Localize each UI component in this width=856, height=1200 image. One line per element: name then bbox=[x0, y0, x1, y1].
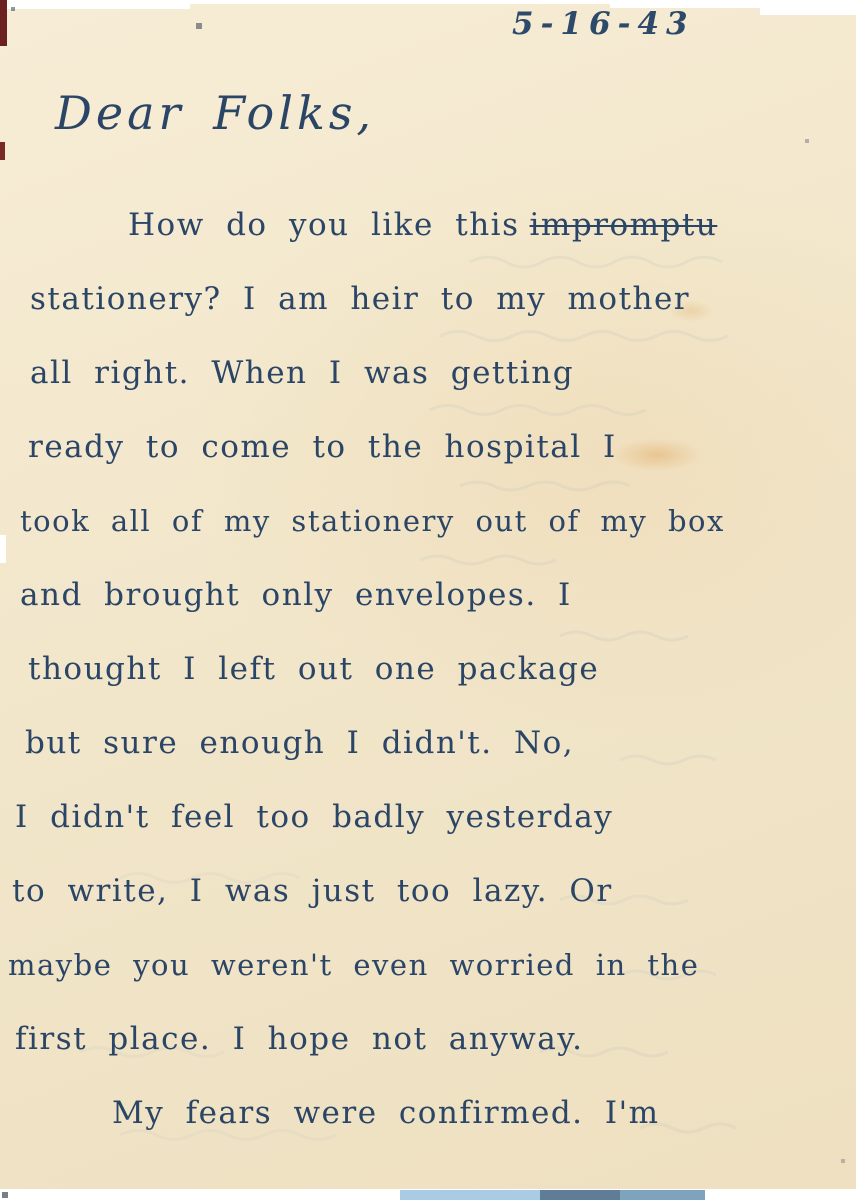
letter-line-text: How do you like this bbox=[128, 207, 520, 243]
letter-line: ready to come to the hospital I bbox=[0, 410, 852, 484]
letter-line: My fears were confirmed. I'm bbox=[0, 1076, 852, 1150]
scan-edge-top bbox=[760, 0, 856, 15]
letter-line: first place. I hope not anyway. bbox=[0, 1002, 852, 1076]
letter-date: 5-16-43 bbox=[512, 6, 695, 42]
crossed-out-word: impromptu bbox=[530, 207, 718, 243]
letter-salutation: Dear Folks, bbox=[55, 86, 375, 140]
letter-line: and brought only envelopes. I bbox=[0, 558, 852, 632]
letter-line: to write, I was just too lazy. Or bbox=[0, 854, 852, 928]
bottom-blue-strip bbox=[540, 1190, 620, 1200]
scan-edge-top bbox=[610, 0, 760, 8]
letter-scan: 5-16-43 Dear Folks, How do you like this… bbox=[0, 0, 856, 1200]
paper-speckles bbox=[0, 0, 2, 2]
letter-line: all right. When I was getting bbox=[0, 336, 852, 410]
letter-line: How do you like this impromptu bbox=[0, 188, 852, 262]
bottom-blue-strip bbox=[400, 1190, 540, 1200]
scan-edge-top bbox=[0, 0, 190, 9]
binding-mark bbox=[0, 0, 7, 46]
letter-line: I didn't feel too badly yesterday bbox=[0, 780, 852, 854]
scan-edge-left-notch bbox=[0, 535, 6, 563]
letter-body: How do you like this impromptu stationer… bbox=[0, 188, 852, 1150]
scan-edge-top bbox=[190, 0, 610, 4]
letter-line: thought I left out one package bbox=[0, 632, 852, 706]
binding-mark bbox=[0, 142, 5, 160]
letter-line: but sure enough I didn't. No, bbox=[0, 706, 852, 780]
letter-line: maybe you weren't even worried in the bbox=[0, 928, 852, 1002]
letter-line: took all of my stationery out of my box bbox=[0, 484, 852, 558]
letter-line: stationery? I am heir to my mother bbox=[0, 262, 852, 336]
bottom-blue-strip bbox=[620, 1190, 705, 1200]
